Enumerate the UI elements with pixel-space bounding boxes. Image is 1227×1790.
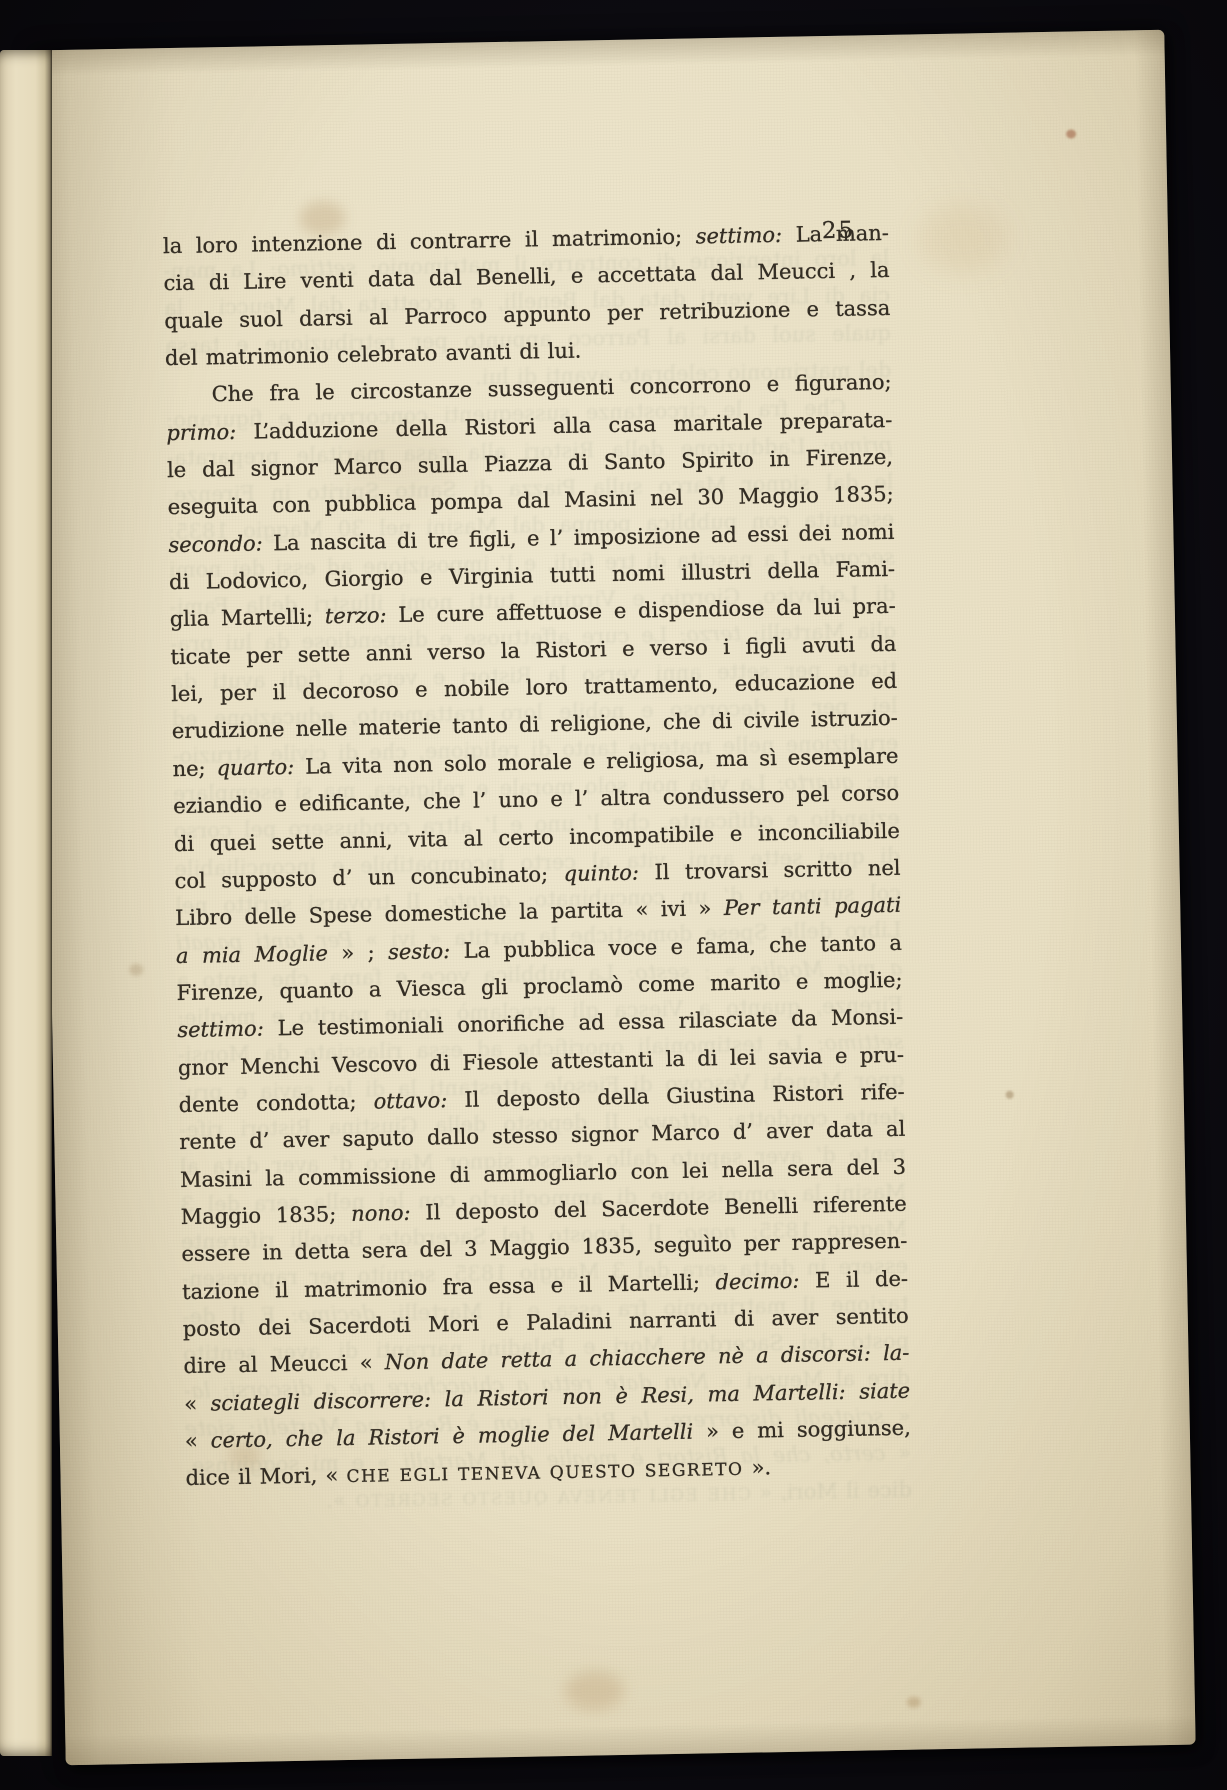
- paper-stain: [1066, 129, 1076, 138]
- paper-stain: [1006, 1091, 1014, 1099]
- text-block: la loro intenzione di contrarre il matri…: [163, 215, 912, 1498]
- scanned-book-page: la loro intenzione di contrarre il matri…: [0, 0, 1227, 1790]
- paper-stain: [907, 1697, 921, 1708]
- book-page: la loro intenzione di contrarre il matri…: [34, 30, 1195, 1765]
- paper-stain: [564, 1670, 625, 1711]
- previous-page-edge: [0, 50, 52, 1756]
- paper-stain: [129, 964, 143, 976]
- paper-stain: [917, 203, 1008, 275]
